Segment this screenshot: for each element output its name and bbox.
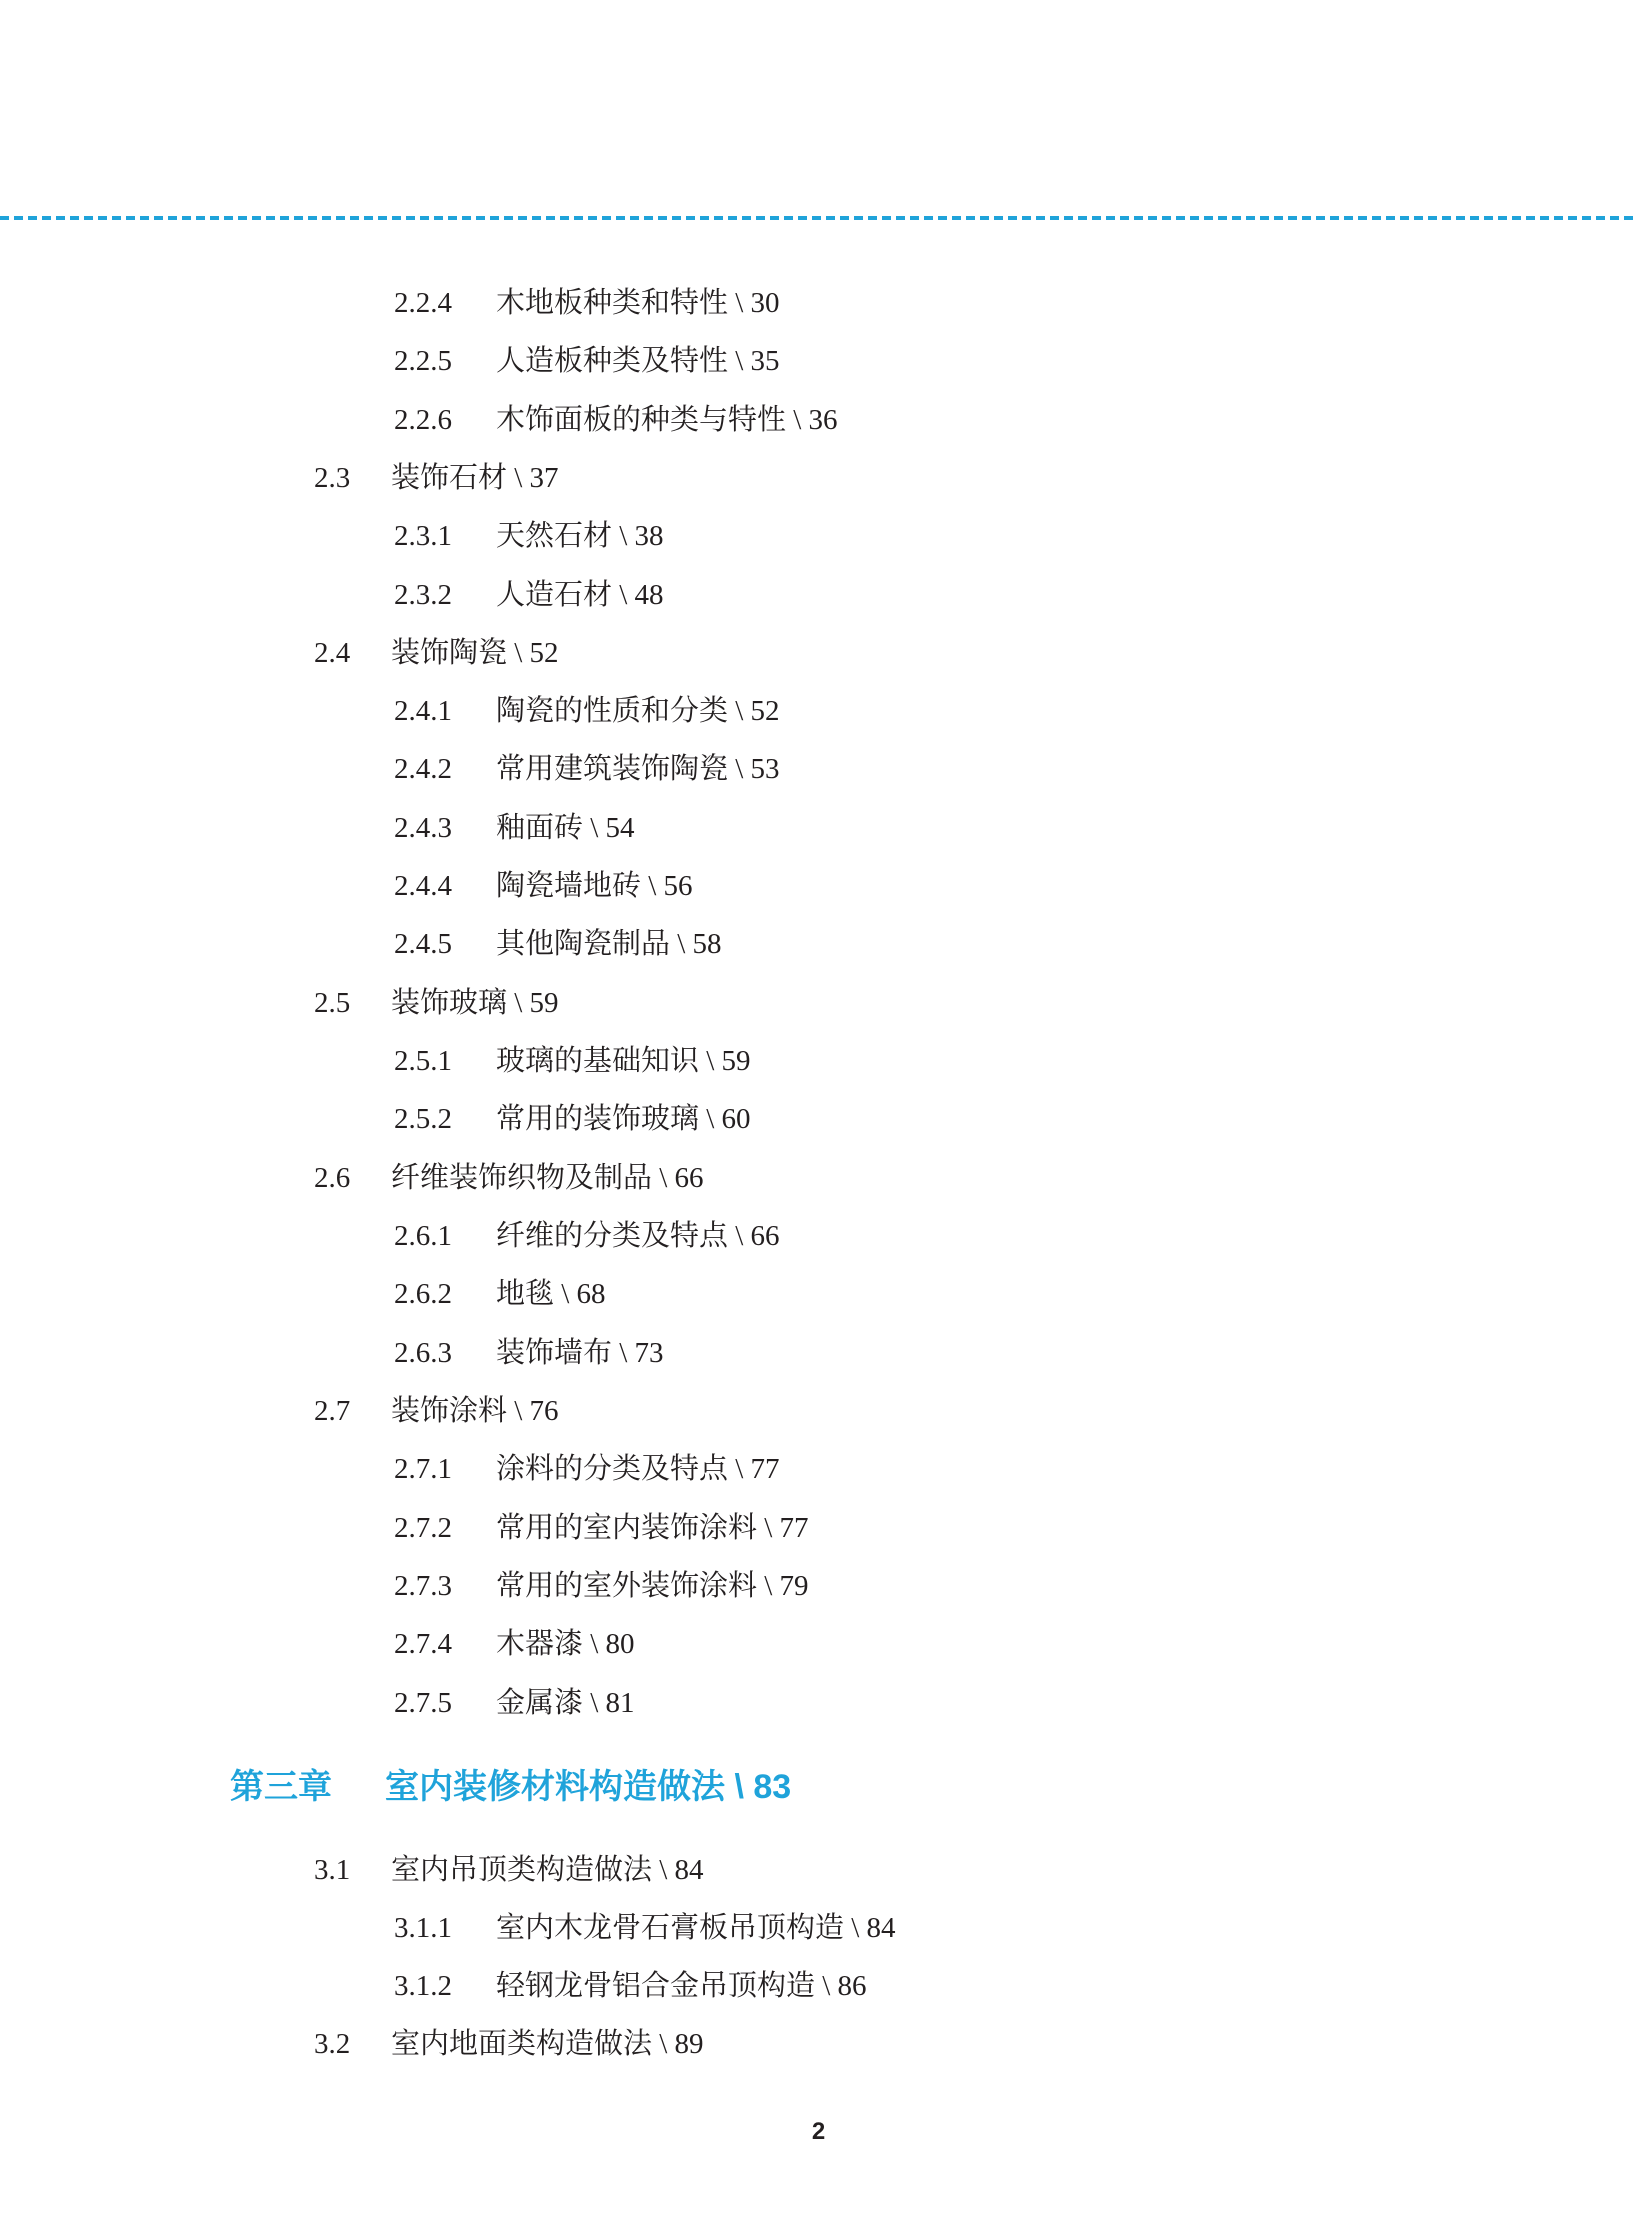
toc-entry-title: 玻璃的基础知识 \ 59 <box>496 1041 751 1081</box>
toc-entry-title: 室内木龙骨石膏板吊顶构造 \ 84 <box>496 1908 896 1948</box>
toc-entry-title: 轻钢龙骨铝合金吊顶构造 \ 86 <box>496 1966 867 2006</box>
toc-entry-number: 2.2.5 <box>394 341 452 381</box>
toc-entry-title: 装饰墙布 \ 73 <box>496 1333 664 1373</box>
toc-entry-number: 2.4.3 <box>394 808 452 848</box>
toc-entry-number: 2.5.2 <box>394 1099 452 1139</box>
dashed-header-rule <box>0 216 1637 220</box>
toc-entry-number: 2.6.1 <box>394 1216 452 1256</box>
toc-entry-title: 陶瓷的性质和分类 \ 52 <box>496 691 780 731</box>
toc-entry-number: 2.7.3 <box>394 1566 452 1606</box>
page-number: 2 <box>0 2118 1637 2146</box>
toc-entry-number: 2.3.1 <box>394 516 452 556</box>
toc-entry-number: 2.5.1 <box>394 1041 452 1081</box>
toc-entry-title: 装饰石材 \ 37 <box>391 458 559 498</box>
toc-entry-number: 2.3 <box>314 458 350 498</box>
toc-entry-number: 2.7 <box>314 1391 350 1431</box>
toc-entry-title: 室内吊顶类构造做法 \ 84 <box>391 1850 704 1890</box>
toc-entry-title: 天然石材 \ 38 <box>496 516 664 556</box>
toc-entry-title: 常用的装饰玻璃 \ 60 <box>496 1099 751 1139</box>
toc-entry-number: 3.1.1 <box>394 1908 452 1948</box>
toc-entry-number: 2.4.5 <box>394 924 452 964</box>
toc-entry-number: 2.7.1 <box>394 1449 452 1489</box>
chapter-title: 室内装修材料构造做法 \ 83 <box>385 1764 791 1810</box>
toc-entry-title: 纤维装饰织物及制品 \ 66 <box>391 1158 704 1198</box>
toc-entry-number: 2.2.4 <box>394 283 452 323</box>
toc-entry-title: 釉面砖 \ 54 <box>496 808 635 848</box>
toc-entry-number: 2.7.2 <box>394 1508 452 1548</box>
toc-entry-title: 人造板种类及特性 \ 35 <box>496 341 780 381</box>
toc-entry-title: 装饰陶瓷 \ 52 <box>391 633 559 673</box>
toc-entry-title: 金属漆 \ 81 <box>496 1683 635 1723</box>
toc-entry-title: 地毯 \ 68 <box>496 1274 606 1314</box>
toc-entry-title: 涂料的分类及特点 \ 77 <box>496 1449 780 1489</box>
toc-entry-title: 木器漆 \ 80 <box>496 1624 635 1664</box>
toc-entry-title: 装饰涂料 \ 76 <box>391 1391 559 1431</box>
chapter-number: 第三章 <box>230 1764 332 1810</box>
toc-entry-number: 2.4 <box>314 633 350 673</box>
toc-entry-number: 2.7.5 <box>394 1683 452 1723</box>
toc-entry-title: 木饰面板的种类与特性 \ 36 <box>496 400 838 440</box>
toc-entry-number: 2.5 <box>314 983 350 1023</box>
toc-entry-number: 2.6.2 <box>394 1274 452 1314</box>
toc-entry-title: 装饰玻璃 \ 59 <box>391 983 559 1023</box>
toc-entry-title: 陶瓷墙地砖 \ 56 <box>496 866 693 906</box>
toc-entry-number: 3.1 <box>314 1850 350 1890</box>
toc-entry-title: 常用建筑装饰陶瓷 \ 53 <box>496 749 780 789</box>
toc-entry-number: 2.4.4 <box>394 866 452 906</box>
toc-entry-number: 2.4.1 <box>394 691 452 731</box>
toc-entry-number: 2.3.2 <box>394 575 452 615</box>
toc-entry-number: 2.6.3 <box>394 1333 452 1373</box>
toc-entry-number: 2.4.2 <box>394 749 452 789</box>
toc-entry-number: 2.2.6 <box>394 400 452 440</box>
toc-entry-title: 常用的室内装饰涂料 \ 77 <box>496 1508 809 1548</box>
toc-entry-number: 2.6 <box>314 1158 350 1198</box>
toc-entry-title: 其他陶瓷制品 \ 58 <box>496 924 722 964</box>
toc-entry-title: 室内地面类构造做法 \ 89 <box>391 2024 704 2064</box>
toc-entry-number: 3.1.2 <box>394 1966 452 2006</box>
toc-entry-number: 2.7.4 <box>394 1624 452 1664</box>
toc-entry-title: 纤维的分类及特点 \ 66 <box>496 1216 780 1256</box>
toc-entry-number: 3.2 <box>314 2024 350 2064</box>
toc-entry-title: 常用的室外装饰涂料 \ 79 <box>496 1566 809 1606</box>
toc-entry-title: 木地板种类和特性 \ 30 <box>496 283 780 323</box>
toc-entry-title: 人造石材 \ 48 <box>496 575 664 615</box>
